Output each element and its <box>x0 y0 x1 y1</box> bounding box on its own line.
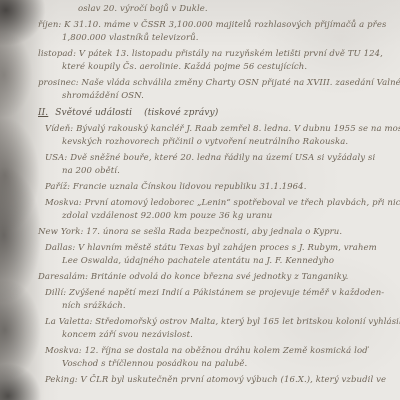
handwritten-line: La Valetta: Středomořský ostrov Malta, k… <box>45 316 394 329</box>
handwritten-line: Lee Oswalda, údajného pachatele atentátu… <box>62 255 394 268</box>
handwritten-line: Voschod s tříčlennou posádkou na palubě. <box>62 358 394 371</box>
section-subtitle: (tiskové zprávy) <box>144 108 218 118</box>
handwritten-line: oslav 20. výročí bojů v Dukle. <box>78 3 394 16</box>
handwritten-line: na 200 obětí. <box>62 165 394 178</box>
handwritten-line: Moskva: První atomový ledoborec „Lenin“ … <box>45 197 394 210</box>
handwritten-line: prosinec: Naše vláda schválila změny Cha… <box>38 77 394 90</box>
handwritten-line: ních srážkách. <box>62 300 394 313</box>
handwritten-line: Daresalám: Británie odvolá do konce břez… <box>38 271 394 284</box>
handwritten-text-block: oslav 20. výročí bojů v Dukle.říjen: K 3… <box>0 3 394 387</box>
handwritten-line: Vídeň: Bývalý rakouský kancléř J. Raab z… <box>45 123 394 136</box>
handwritten-line: 1,800.000 vlastníků televizorů. <box>62 32 394 45</box>
handwritten-line: New York: 17. února se sešla Rada bezpeč… <box>38 226 394 239</box>
section-numeral: II. <box>38 108 48 118</box>
handwritten-line: kevských rozhovorech přičinil o vytvořen… <box>62 136 394 149</box>
handwritten-line: Peking: V ČLR byl uskutečněn první atomo… <box>45 374 394 387</box>
handwritten-line: které koupily Čs. aerolinie. Každá pojme… <box>62 61 394 74</box>
handwritten-line: zdolal vzdálenost 92.000 km pouze 36 kg … <box>62 210 394 223</box>
scanned-page: oslav 20. výročí bojů v Dukle.říjen: K 3… <box>0 0 400 400</box>
handwritten-line: Dillí: Zvýšené napětí mezi Indií a Pákis… <box>45 287 394 300</box>
handwritten-line: USA: Dvě sněžné bouře, které 20. ledna ř… <box>45 152 394 165</box>
section-heading: II.Světové události(tiskové zprávy) <box>38 107 394 120</box>
handwritten-line: koncem září svou nezávislost. <box>62 329 394 342</box>
handwritten-line: říjen: K 31.10. máme v ČSSR 3,100.000 ma… <box>38 19 394 32</box>
handwritten-line: listopad: V pátek 13. listopadu přistály… <box>38 48 394 61</box>
handwritten-line: Moskva: 12. října se dostala na oběžnou … <box>45 345 394 358</box>
handwritten-line: Dallas: V hlavním městě státu Texas byl … <box>45 242 394 255</box>
handwritten-line: Paříž: Francie uznala Čínskou lidovou re… <box>45 181 394 194</box>
section-title: Světové události <box>55 108 132 118</box>
handwritten-line: shromáždění OSN. <box>62 90 394 103</box>
